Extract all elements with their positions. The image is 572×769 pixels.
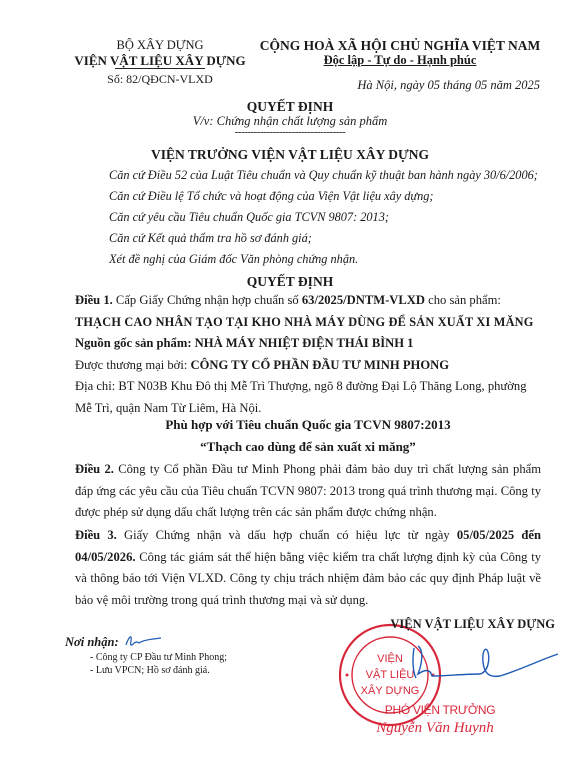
address-line: Địa chỉ: BT N03B Khu Đô thị Mễ Trì Thượn…: [75, 376, 541, 398]
recipient-item: - Lưu VPCN; Hồ sơ đánh giá.: [65, 664, 315, 677]
document-title: QUYẾT ĐỊNH: [150, 99, 430, 115]
legal-basis-item: Căn cứ Kết quả thẩm tra hồ sơ đánh giá;: [109, 231, 312, 246]
issuer-title: VIỆN TRƯỞNG VIỆN VẬT LIỆU XÂY DỰNG: [60, 147, 520, 163]
signing-organization: VIỆN VẬT LIỆU XÂY DỰNG: [365, 617, 555, 632]
handwritten-signature-icon: [410, 640, 560, 685]
product-name: THẠCH CAO NHÂN TẠO TẠI KHO NHÀ MÁY DÙNG …: [75, 312, 541, 334]
legal-basis-item: Xét đề nghị của Giám đốc Văn phòng chứng…: [109, 252, 358, 267]
national-header-block: CỘNG HOÀ XÃ HỘI CHỦ NGHĨA VIỆT NAM Độc l…: [250, 38, 550, 68]
document-number: Số: 82/QĐCN-VLXD: [60, 69, 260, 89]
article-label: Điều 3.: [75, 528, 117, 542]
legal-basis-item: Căn cứ Điều lệ Tổ chức và hoạt động của …: [109, 189, 434, 204]
trader-label: Được thương mại bởi:: [75, 358, 190, 372]
separator-line: -----------------------------------: [150, 126, 430, 138]
initials-signature-icon: [123, 635, 163, 649]
origin-value: NHÀ MÁY NHIỆT ĐIỆN THÁI BÌNH 1: [195, 336, 414, 350]
recipient-item: - Công ty CP Đầu tư Minh Phong;: [65, 651, 315, 664]
legal-basis-item: Căn cứ Điều 52 của Luật Tiêu chuẩn và Qu…: [109, 168, 538, 183]
recipients-block: Nơi nhận: - Công ty CP Đầu tư Minh Phong…: [65, 633, 315, 677]
recipients-label: Nơi nhận:: [65, 635, 119, 649]
origin-label: Nguồn gốc sản phẩm:: [75, 336, 195, 350]
certificate-number: 63/2025/DNTM-VLXD: [302, 293, 425, 307]
signer-role: PHÓ VIỆN TRƯỞNG: [370, 703, 510, 717]
standard-name: “Thạch cao dùng để sản xuất xi măng”: [75, 439, 541, 455]
article-label: Điều 1.: [75, 293, 113, 307]
issuing-authority-block: BỘ XÂY DỰNG VIỆN VẬT LIỆU XÂY DỰNG Số: 8…: [60, 38, 260, 89]
institute-name: VIỆN VẬT LIỆU XÂY DỰNG: [60, 53, 260, 68]
standard-reference: Phù hợp với Tiêu chuẩn Quốc gia TCVN 980…: [75, 417, 541, 433]
ministry-name: BỘ XÂY DỰNG: [60, 38, 260, 53]
stamp-text: XÂY DỰNG: [361, 684, 420, 697]
article-label: Điều 2.: [75, 462, 114, 476]
legal-basis-item: Căn cứ yêu cầu Tiêu chuẩn Quốc gia TCVN …: [109, 210, 389, 225]
trader-value: CÔNG TY CỔ PHẦN ĐẦU TƯ MINH PHONG: [190, 358, 449, 372]
decision-title: QUYẾT ĐỊNH: [150, 274, 430, 290]
stamp-text: VIỆN: [377, 652, 403, 665]
address-line: Mễ Trì, quận Nam Từ Liêm, Hà Nội.: [75, 398, 541, 420]
article-1: Điều 1. Cấp Giấy Chứng nhận hợp chuẩn số…: [75, 290, 541, 419]
national-motto: Độc lập - Tự do - Hạnh phúc: [250, 53, 550, 68]
signer-name: Nguyễn Văn Huynh: [350, 720, 520, 737]
article-2: Điều 2. Công ty Cổ phần Đầu tư Minh Phon…: [75, 459, 541, 524]
article-3: Điều 3. Giấy Chứng nhận và dấu hợp chuẩn…: [75, 525, 541, 611]
date-line: Hà Nội, ngày 05 tháng 05 năm 2025: [300, 78, 540, 93]
stamp-text: VẬT LIỆU: [366, 668, 415, 681]
nation-title: CỘNG HOÀ XÃ HỘI CHỦ NGHĨA VIỆT NAM: [250, 38, 550, 53]
